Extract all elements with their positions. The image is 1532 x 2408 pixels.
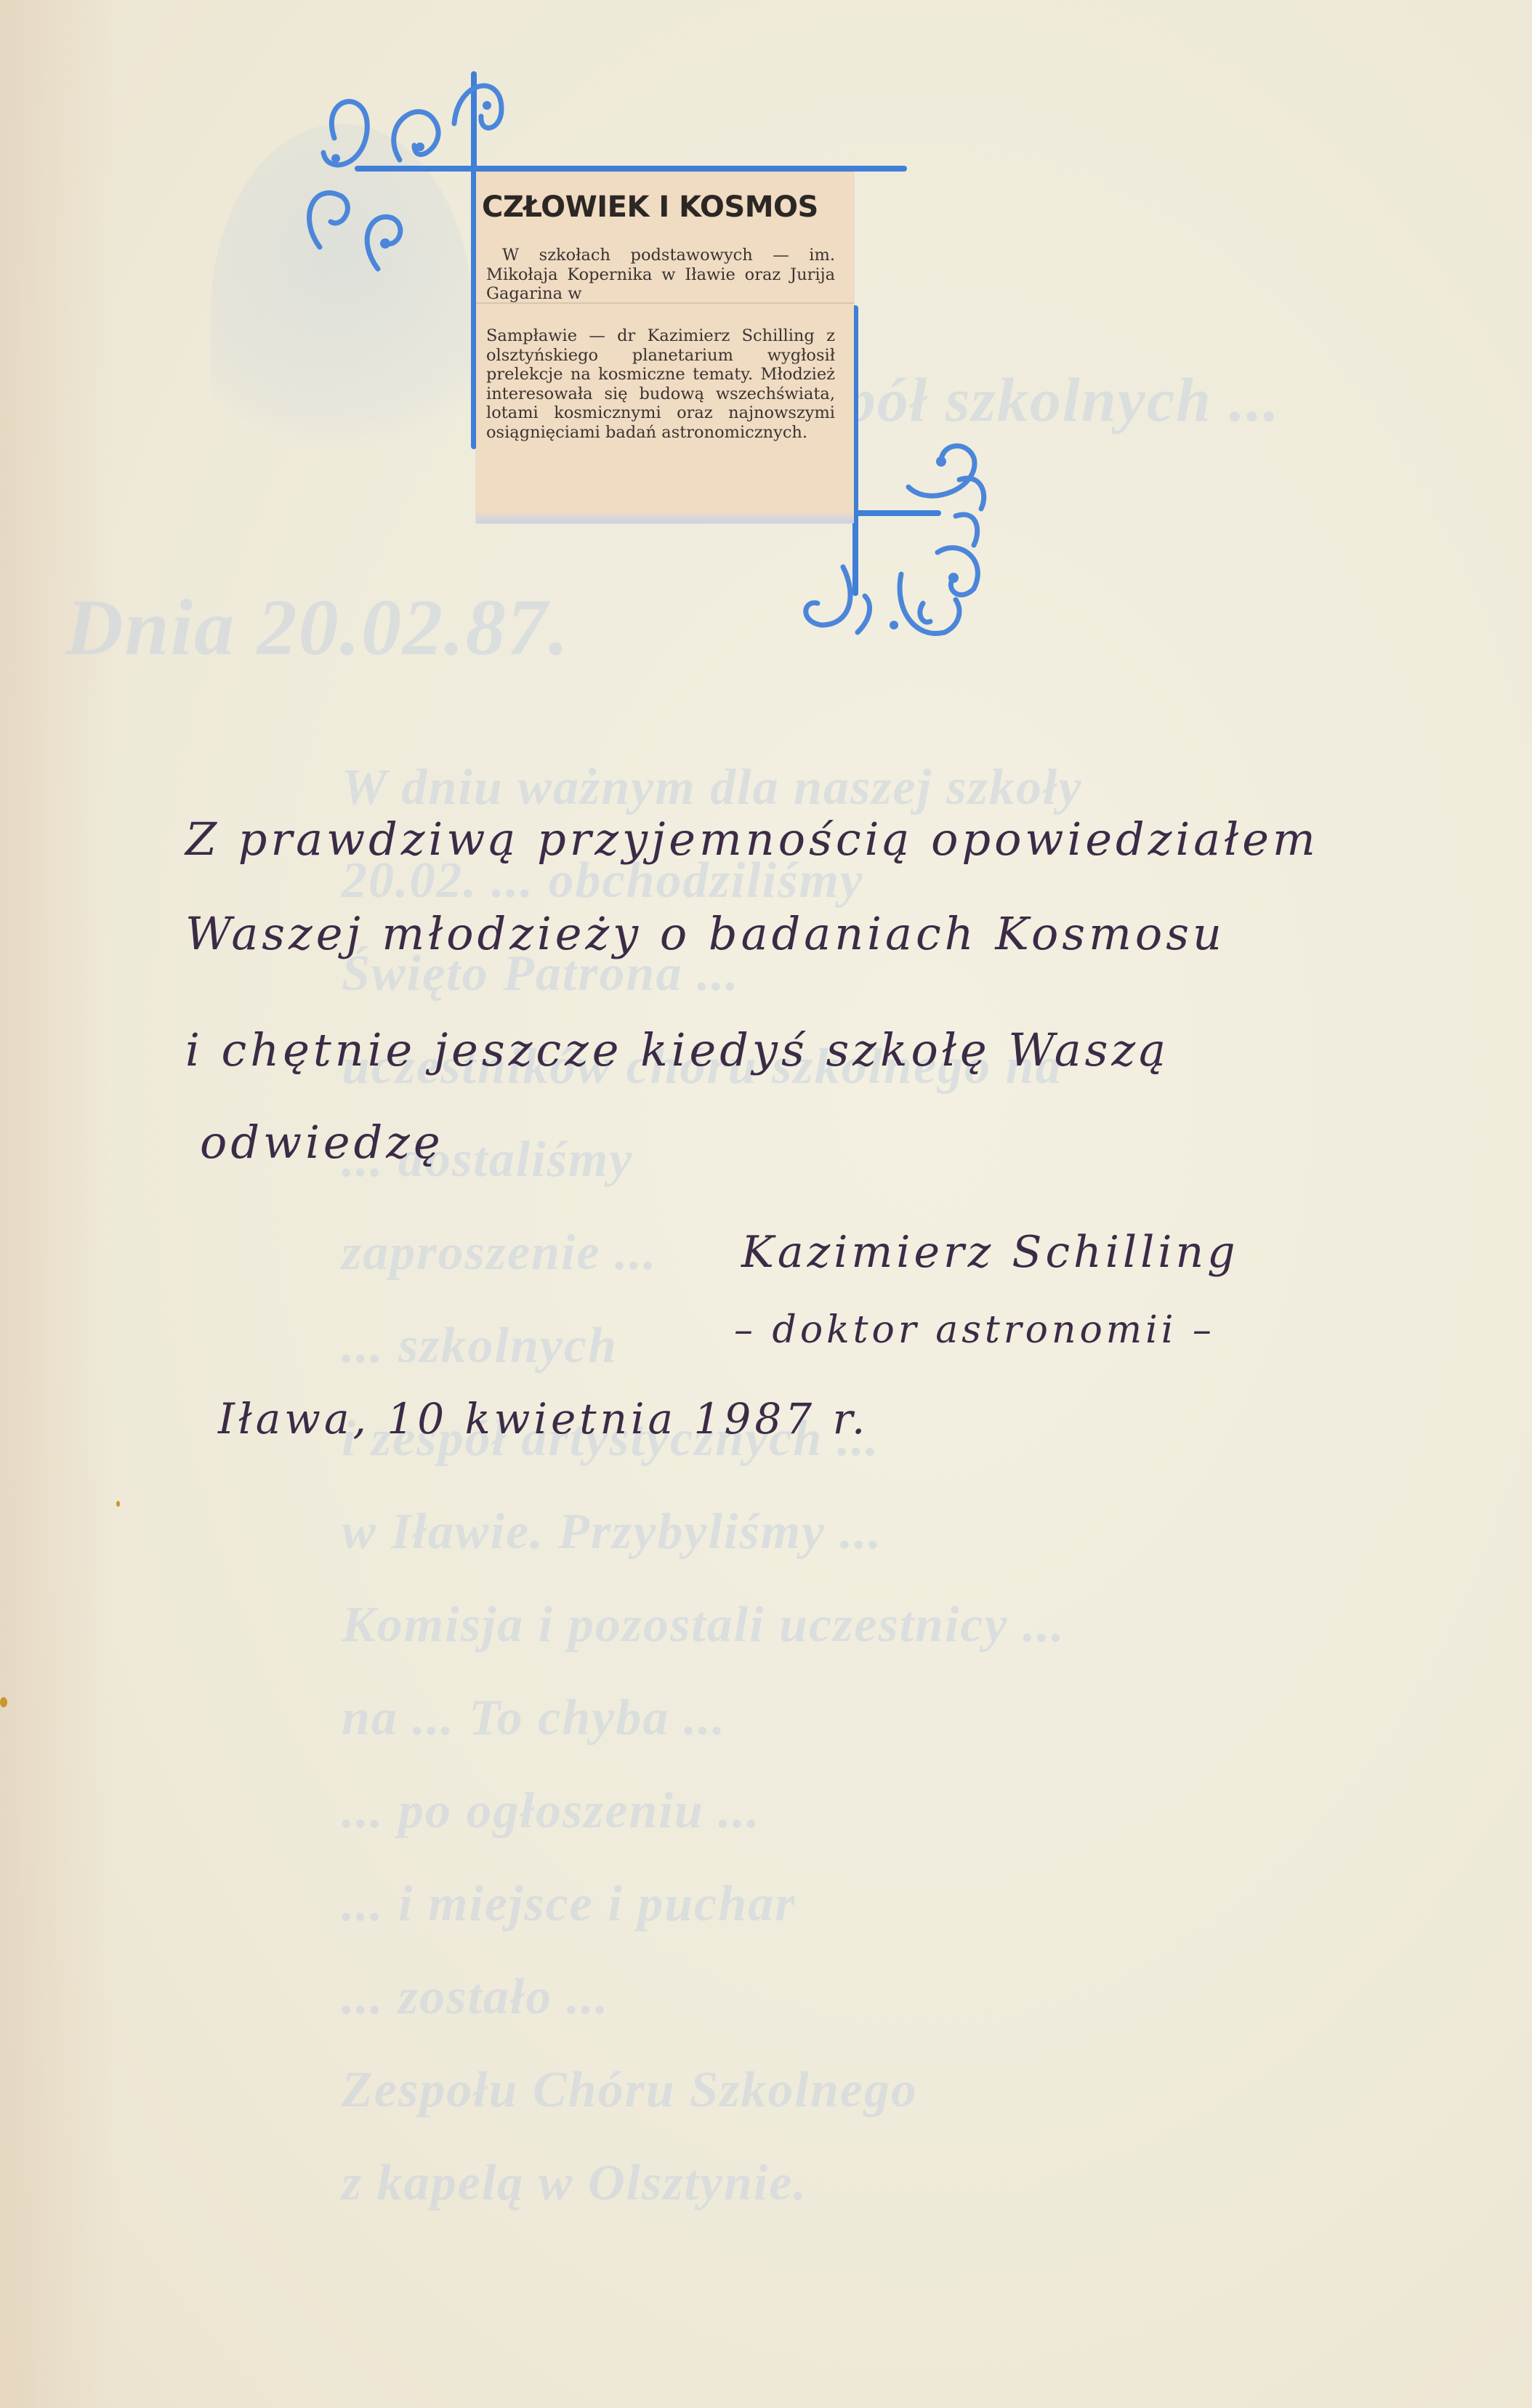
bleed-through-text: W dniu ważnym dla naszej szkoły 20.02. .… [342,741,1083,2230]
paper-stain [0,1697,7,1707]
clipping-headline: CZŁOWIEK I KOSMOS [482,190,818,224]
newspaper-clipping: CZŁOWIEK I KOSMOS W szkołach podstawowyc… [476,172,854,523]
handwritten-line-2: Waszej młodzieży o badaniach Kosmosu [185,907,1225,960]
handwritten-line-3: i chętnie jeszcze kiedyś szkołę Waszą [185,1023,1169,1076]
handwritten-signature: Kazimierz Schilling [741,1227,1239,1278]
clipping-paragraph-2: Sampławie — dr Kazimierz Schilling z ols… [486,326,835,442]
bleed-through-date: Dnia 20.02.87. [65,581,570,674]
handwritten-line-1: Z prawdziwą przyjemnością opowiedziałem [185,813,1319,866]
handwritten-line-4: odwiedzę [200,1116,444,1169]
paper-stain [116,1501,120,1507]
clipping-paragraph-1: W szkołach podstawowych — im. Mikołaja K… [486,246,835,304]
clipping-bottom-edge [476,512,854,523]
page-edge-shadow [0,0,116,2408]
clipping-seam [476,302,854,304]
place-and-date: Iława, 10 kwietnia 1987 r. [218,1394,868,1443]
ornament-flourish-top-left-icon [291,65,494,269]
signature-title: – doktor astronomii – [734,1308,1215,1352]
